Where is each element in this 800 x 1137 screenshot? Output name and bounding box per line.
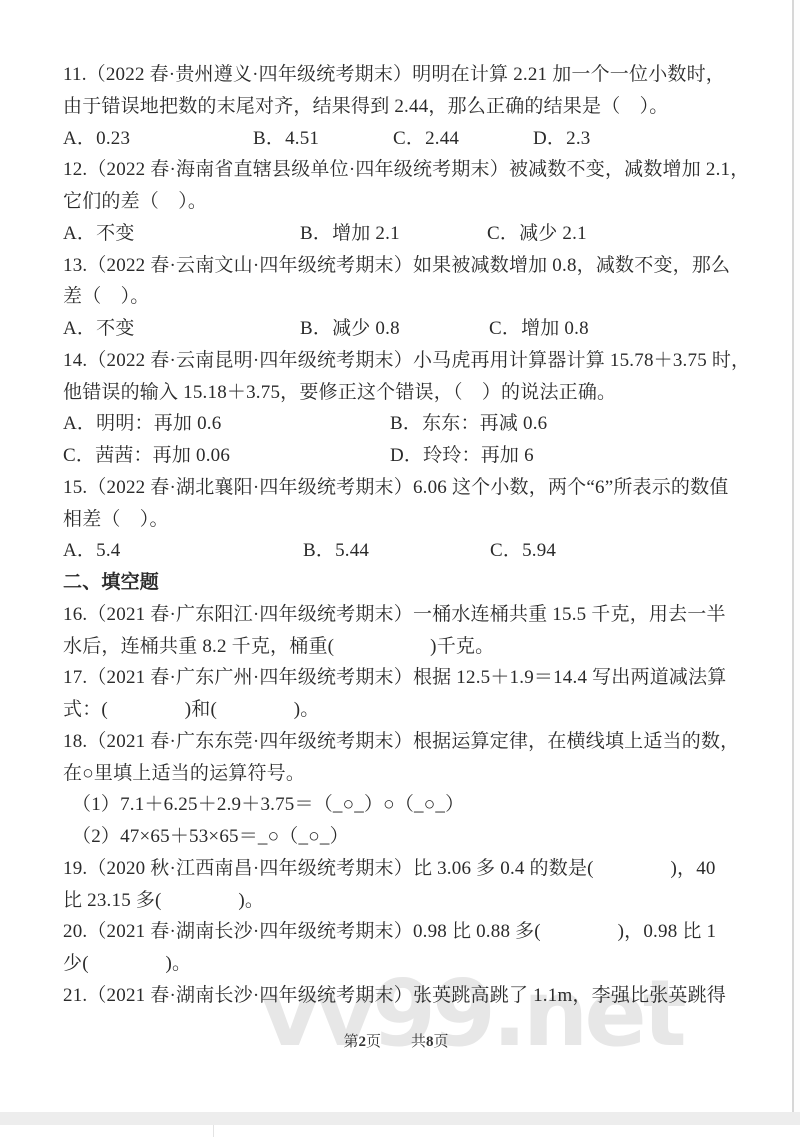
next-page-top-strip bbox=[0, 1125, 800, 1137]
question-11-option-b: B．4.51 bbox=[253, 123, 319, 155]
question-12-option-a: A．不变 bbox=[63, 218, 135, 250]
question-19-line-0: 19.（2020 秋·江西南昌·四年级统考期末）比 3.06 多 0.4 的数是… bbox=[63, 853, 741, 885]
question-13-option-b: B．减少 0.8 bbox=[300, 313, 400, 345]
question-14-options-row-2: C．茜茜：再加 0.06 D．玲玲：再加 6 bbox=[63, 440, 741, 472]
question-11: 11.（2022 春·贵州遵义·四年级统考期末）明明在计算 2.21 加一个一位… bbox=[63, 59, 741, 154]
question-11-line-0: 11.（2022 春·贵州遵义·四年级统考期末）明明在计算 2.21 加一个一位… bbox=[63, 59, 741, 91]
question-15-option-a: A．5.4 bbox=[63, 535, 120, 567]
question-12-line-0: 12.（2022 春·海南省直辖县级单位·四年级统考期末）被减数不变，减数增加 … bbox=[63, 154, 741, 186]
question-12-line-1: 它们的差（ ）。 bbox=[63, 186, 741, 218]
question-12-option-c: C．减少 2.1 bbox=[487, 218, 587, 250]
question-18-subitem-1: （1）7.1＋6.25＋2.9＋3.75＝（_○_）○（_○_） bbox=[63, 789, 741, 821]
question-17-line-1: 式：( )和( )。 bbox=[63, 694, 741, 726]
question-14-line-0: 14.（2022 春·云南昆明·四年级统考期末）小马虎再用计算器计算 15.78… bbox=[63, 345, 741, 377]
question-17-line-0: 17.（2021 春·广东广州·四年级统考期末）根据 12.5＋1.9＝14.4… bbox=[63, 662, 741, 694]
question-11-options: A．0.23 B．4.51 C．2.44 D．2.3 bbox=[63, 123, 741, 155]
question-13-line-1: 差（ ）。 bbox=[63, 281, 741, 313]
footer-current-number: 2 bbox=[358, 1034, 366, 1050]
question-15-options: A．5.4 B．5.44 C．5.94 bbox=[63, 535, 741, 567]
question-13-line-0: 13.（2022 春·云南文山·四年级统考期末）如果被减数增加 0.8，减数不变… bbox=[63, 250, 741, 282]
worksheet-content: 11.（2022 春·贵州遵义·四年级统考期末）明明在计算 2.21 加一个一位… bbox=[63, 59, 741, 1012]
next-page-faint-line bbox=[213, 1125, 214, 1137]
footer-current-page: 第2页 bbox=[343, 1030, 381, 1051]
question-20: 20.（2021 春·湖南长沙·四年级统考期末）0.98 比 0.88 多( )… bbox=[63, 916, 741, 980]
question-14-option-a: A．明明：再加 0.6 bbox=[63, 408, 221, 440]
question-16-line-0: 16.（2021 春·广东阳江·四年级统考期末）一桶水连桶共重 15.5 千克，… bbox=[63, 599, 741, 631]
question-11-line-1: 由于错误地把数的末尾对齐，结果得到 2.44，那么正确的结果是（ ）。 bbox=[63, 91, 741, 123]
question-20-line-0: 20.（2021 春·湖南长沙·四年级统考期末）0.98 比 0.88 多( )… bbox=[63, 916, 741, 948]
viewer-background-right bbox=[794, 0, 800, 1125]
question-20-line-1: 少( )。 bbox=[63, 948, 741, 980]
section-heading-fill-in-blanks: 二、填空题 bbox=[63, 567, 741, 599]
question-14-option-d: D．玲玲：再加 6 bbox=[390, 440, 534, 472]
document-page: vv99.net 11.（2022 春·贵州遵义·四年级统考期末）明明在计算 2… bbox=[0, 0, 792, 1112]
question-13-options: A．不变 B．减少 0.8 C．增加 0.8 bbox=[63, 313, 741, 345]
question-19-line-1: 比 23.15 多( )。 bbox=[63, 885, 741, 917]
question-15-line-1: 相差（ ）。 bbox=[63, 504, 741, 536]
footer-total-suffix: 页 bbox=[434, 1034, 449, 1050]
question-14-option-b: B．东东：再减 0.6 bbox=[390, 408, 547, 440]
question-15-option-b: B．5.44 bbox=[303, 535, 369, 567]
question-21-line-0: 21.（2021 春·湖南长沙·四年级统考期末）张英跳高跳了 1.1m，李强比张… bbox=[63, 980, 741, 1012]
question-18: 18.（2021 春·广东东莞·四年级统考期末）根据运算定律，在横线填上适当的数… bbox=[63, 726, 741, 853]
question-11-option-c: C．2.44 bbox=[393, 123, 459, 155]
question-15-option-c: C．5.94 bbox=[490, 535, 556, 567]
question-16-line-1: 水后，连桶共重 8.2 千克，桶重( )千克。 bbox=[63, 631, 741, 663]
footer-total-prefix: 共 bbox=[411, 1034, 426, 1050]
question-15-line-0: 15.（2022 春·湖北襄阳·四年级统考期末）6.06 这个小数，两个“6”所… bbox=[63, 472, 741, 504]
question-18-line-0: 18.（2021 春·广东东莞·四年级统考期末）根据运算定律，在横线填上适当的数… bbox=[63, 726, 741, 758]
question-13: 13.（2022 春·云南文山·四年级统考期末）如果被减数增加 0.8，减数不变… bbox=[63, 250, 741, 345]
footer-current-prefix: 第 bbox=[343, 1034, 358, 1050]
question-14: 14.（2022 春·云南昆明·四年级统考期末）小马虎再用计算器计算 15.78… bbox=[63, 345, 741, 472]
question-13-option-c: C．增加 0.8 bbox=[489, 313, 589, 345]
footer-total-number: 8 bbox=[426, 1034, 434, 1050]
question-18-line-1: 在○里填上适当的运算符号。 bbox=[63, 758, 741, 790]
page-footer: 第2页 共8页 bbox=[0, 1030, 792, 1051]
question-14-option-c: C．茜茜：再加 0.06 bbox=[63, 440, 230, 472]
question-15: 15.（2022 春·湖北襄阳·四年级统考期末）6.06 这个小数，两个“6”所… bbox=[63, 472, 741, 567]
question-17: 17.（2021 春·广东广州·四年级统考期末）根据 12.5＋1.9＝14.4… bbox=[63, 662, 741, 726]
question-11-option-d: D．2.3 bbox=[533, 123, 590, 155]
question-13-option-a: A．不变 bbox=[63, 313, 135, 345]
question-21: 21.（2021 春·湖南长沙·四年级统考期末）张英跳高跳了 1.1m，李强比张… bbox=[63, 980, 741, 1012]
question-14-line-1: 他错误的输入 15.18＋3.75，要修正这个错误，（ ）的说法正确。 bbox=[63, 377, 741, 409]
question-11-option-a: A．0.23 bbox=[63, 123, 130, 155]
question-12: 12.（2022 春·海南省直辖县级单位·四年级统考期末）被减数不变，减数增加 … bbox=[63, 154, 741, 249]
footer-current-suffix: 页 bbox=[366, 1034, 381, 1050]
footer-total-pages: 共8页 bbox=[411, 1030, 449, 1051]
question-18-subitem-2: （2）47×65＋53×65＝_○（_○_） bbox=[63, 821, 741, 853]
question-19: 19.（2020 秋·江西南昌·四年级统考期末）比 3.06 多 0.4 的数是… bbox=[63, 853, 741, 917]
question-14-options-row-1: A．明明：再加 0.6 B．东东：再减 0.6 bbox=[63, 408, 741, 440]
question-12-options: A．不变 B．增加 2.1 C．减少 2.1 bbox=[63, 218, 741, 250]
page-gap-band bbox=[0, 1112, 800, 1125]
question-16: 16.（2021 春·广东阳江·四年级统考期末）一桶水连桶共重 15.5 千克，… bbox=[63, 599, 741, 663]
question-12-option-b: B．增加 2.1 bbox=[300, 218, 400, 250]
